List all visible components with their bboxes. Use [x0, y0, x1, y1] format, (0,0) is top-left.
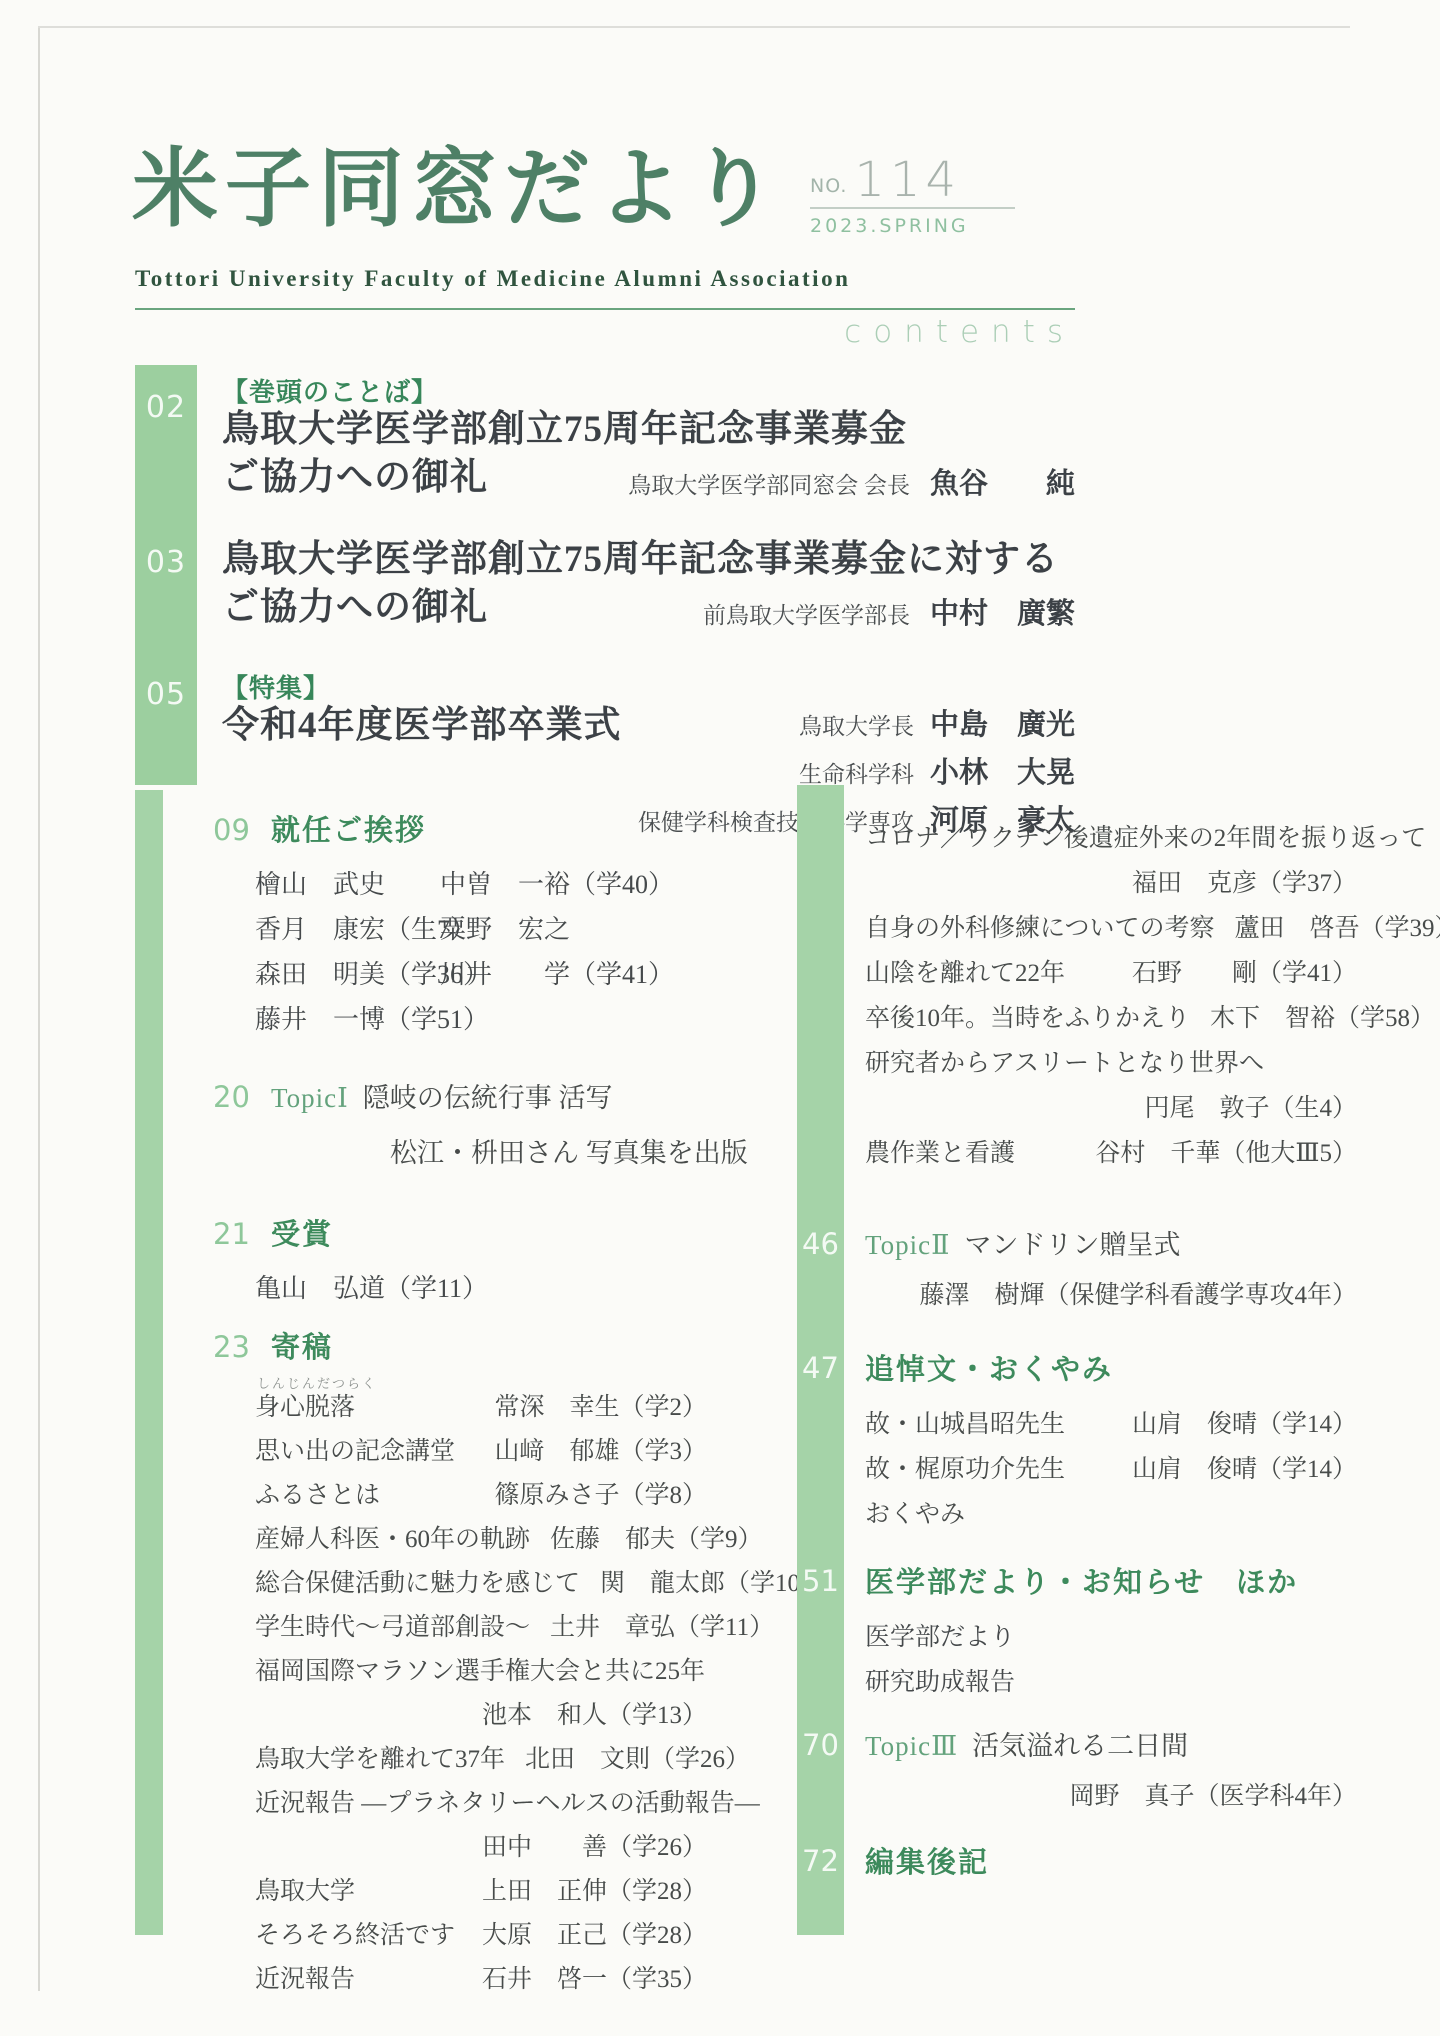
toc-entry: 近況報告 ―プラネタリーヘルスの活動報告― [255, 1779, 707, 1823]
entry-author: 篠原みさ子（学8） [494, 1475, 707, 1511]
entry-title: 卒後10年。当時をふりかえり [865, 998, 1190, 1034]
issue-season: 2023.SPRING [810, 215, 1015, 237]
entry-title: そろそろ終活です [255, 1915, 455, 1951]
entry-author: 蘆田 啓吾（学39） [1235, 908, 1440, 944]
topic-label: TopicⅠ [271, 1083, 349, 1114]
section-heading: 追悼文・おくやみ [865, 1347, 1113, 1388]
toc-entry: コロナ／ワクチン後遺症外来の2年間を振り返って [865, 813, 1357, 858]
entry-title: 産婦人科医・60年の軌跡 [255, 1519, 530, 1555]
page-number-03: 03 [135, 545, 197, 580]
toc-right-column: コロナ／ワクチン後遺症外来の2年間を振り返って 福田 克彦（学37） 自身の外科… [797, 785, 1357, 1892]
entry-author: 岡野 真子（医学科4年） [1069, 1776, 1357, 1812]
section-heading: 医学部だより・お知らせ ほか [865, 1560, 1298, 1601]
issue-number: 114 [854, 156, 961, 204]
page-number-05: 05 [135, 677, 197, 712]
entry-title: ふるさとは [255, 1475, 380, 1511]
section-heading: 就任ご挨拶 [271, 808, 426, 849]
entry-title: 鳥取大学を離れて37年 [255, 1739, 505, 1775]
entry-title: 自身の外科修練についての考察 [865, 908, 1215, 944]
toc-section-contributions: 23 寄稿 しんじんだつらく 身心脱落 常深 幸生（学2） 思い出の記念講堂 山… [135, 1325, 707, 1999]
entry-title-line1: 鳥取大学医学部創立75周年記念事業募金に対する [222, 536, 1075, 584]
toc-entry: 鳥取大学 上田 正伸（学28） [255, 1867, 707, 1911]
author-name: 中島 廣光 [930, 702, 1075, 743]
entry-title-line1: 鳥取大学医学部創立75周年記念事業募金 [222, 406, 1075, 454]
entry-author: 福田 克彦（学37） [1132, 863, 1357, 899]
author-line: 鳥取大学長 中島 廣光 [638, 702, 1075, 750]
toc-entry: 自身の外科修練についての考察 蘆田 啓吾（学39） [865, 903, 1357, 948]
toc-entry-author-line: 田中 善（学26） [255, 1823, 707, 1867]
category-label: 【巻頭のことば】 [222, 372, 1075, 406]
toc-entry: 福岡国際マラソン選手権大会と共に25年 [255, 1647, 707, 1691]
person-name: 粟野 宏之 [440, 905, 707, 950]
entry-author: 鳥取大学医学部同窓会 会長 魚谷 純 [628, 461, 1075, 502]
toc-entry: 近況報告 石井 啓一（学35） [255, 1955, 707, 1999]
toc-section-news: 51 医学部だより・お知らせ ほか 医学部だより 研究助成報告 [865, 1560, 1357, 1702]
topic-title: マンドリン贈呈式 [964, 1223, 1180, 1262]
toc-entry-author-line: 岡野 真子（医学科4年） [865, 1772, 1357, 1816]
toc-entry: 学生時代～弓道部創設～ 土井 章弘（学11） [255, 1603, 707, 1647]
entry-title: しんじんだつらく 身心脱落 [255, 1387, 355, 1423]
issue-number-row: NO. 114 [810, 156, 1015, 209]
masthead-rule [135, 308, 1075, 310]
author-role: 前鳥取大学医学部長 [703, 603, 910, 628]
page-number-51: 51 [797, 1564, 844, 1598]
page-number-70: 70 [797, 1728, 844, 1762]
issue-block: NO. 114 2023.SPRING [810, 156, 1015, 237]
subtitle-en: Tottori University Faculty of Medicine A… [135, 266, 850, 292]
entry-author: 木下 智裕（学58） [1210, 998, 1435, 1034]
entry-author: 前鳥取大学医学部長 中村 廣繁 [703, 591, 1075, 632]
page-number-20: 20 [213, 1080, 271, 1114]
section-heading: 寄稿 [271, 1325, 333, 1366]
page-number-46: 46 [797, 1227, 844, 1261]
entry-author: 大原 正己（学28） [482, 1915, 707, 1951]
entry-title: 故・山城昌昭先生 [865, 1404, 1065, 1440]
section-heading: 編集後記 [865, 1840, 989, 1881]
author-role: 鳥取大学長 [799, 708, 914, 741]
entry-furigana: しんじんだつらく [257, 1373, 377, 1392]
person-name: 川井 学（学41） [440, 950, 707, 995]
toc-entry: 研究者からアスリートとなり世界へ [865, 1038, 1357, 1083]
toc-section-postscript: 72 編集後記 [865, 1840, 1357, 1892]
topic-title: 活気溢れる二日間 [972, 1724, 1188, 1763]
person-name: 森田 明美（学36） [255, 950, 440, 995]
contribution-entry-list: しんじんだつらく 身心脱落 常深 幸生（学2） 思い出の記念講堂 山﨑 郁雄（学… [135, 1383, 707, 1999]
entry-author: 石井 啓一（学35） [482, 1959, 707, 1995]
toc-entry: 農作業と看護 谷村 千華（他大Ⅲ5） [865, 1128, 1357, 1173]
toc-section-award: 21 受賞 亀山 弘道（学11） [135, 1212, 707, 1309]
toc-entry-author-line: 藤澤 樹輝（保健学科看護学専攻4年） [865, 1271, 1357, 1315]
entry-title: 令和4年度医学部卒業式 [222, 702, 622, 750]
entry-title: おくやみ [865, 1494, 965, 1530]
toc-entry: 鳥取大学を離れて37年 北田 文則（学26） [255, 1735, 707, 1779]
entry-title: 学生時代～弓道部創設～ [255, 1607, 530, 1643]
topic-label: TopicⅡ [865, 1230, 950, 1261]
entry-author: 山肩 俊晴（学14） [1132, 1404, 1357, 1440]
entry-author: 北田 文則（学26） [525, 1739, 750, 1775]
toc-entry: ふるさとは 篠原みさ子（学8） [255, 1471, 707, 1515]
toc-entry: そろそろ終活です 大原 正己（学28） [255, 1911, 707, 1955]
toc-entry-author-line: 円尾 敦子（生4） [865, 1083, 1357, 1128]
scan-edge-left [38, 26, 40, 1991]
entry-title: 故・梶原功介先生 [865, 1449, 1065, 1485]
entry-author: 藤澤 樹輝（保健学科看護学専攻4年） [919, 1275, 1357, 1311]
entry-title: 鳥取大学 [255, 1871, 355, 1907]
person-name: 香月 康宏（生7） [255, 905, 440, 950]
entry-author: 常深 幸生（学2） [494, 1387, 707, 1423]
page-number-47: 47 [797, 1351, 844, 1385]
news-item: 医学部だより [865, 1612, 1357, 1657]
entry-title: 近況報告 ―プラネタリーヘルスの活動報告― [255, 1783, 760, 1819]
category-label: 【特集】 [222, 668, 1075, 702]
page-number-09: 09 [213, 813, 271, 847]
entry-author: 石野 剛（学41） [1132, 953, 1357, 989]
toc-section-obituary: 47 追悼文・おくやみ 故・山城昌昭先生 山肩 俊晴（学14） 故・梶原功介先生… [865, 1347, 1357, 1534]
author-name: 魚谷 純 [930, 468, 1075, 500]
contents-label: contents [700, 314, 1075, 350]
toc-entry: 思い出の記念講堂 山﨑 郁雄（学3） [255, 1427, 707, 1471]
section-heading: 受賞 [271, 1212, 333, 1253]
toc-entry: 産婦人科医・60年の軌跡 佐藤 郁夫（学9） [255, 1515, 707, 1559]
entry-title: 思い出の記念講堂 [255, 1431, 455, 1467]
featured-entries: 【巻頭のことば】 鳥取大学医学部創立75周年記念事業募金 ご協力への御礼 鳥取大… [222, 372, 1075, 846]
toc-entry-donation-thanks: 鳥取大学医学部創立75周年記念事業募金に対する ご協力への御礼 前鳥取大学医学部… [222, 536, 1075, 632]
scan-edge-top [38, 26, 1350, 28]
toc-page: 米子同窓だより NO. 114 2023.SPRING Tottori Univ… [0, 0, 1440, 2036]
page-number-72: 72 [797, 1844, 844, 1878]
entry-author: 円尾 敦子（生4） [1144, 1088, 1357, 1124]
page-number-23: 23 [213, 1330, 271, 1364]
toc-entry: 山陰を離れて22年 石野 剛（学41） [865, 948, 1357, 993]
entry-title-text: 身心脱落 [255, 1394, 355, 1421]
entry-author: 佐藤 郁夫（学9） [550, 1519, 763, 1555]
entry-author: 山﨑 郁雄（学3） [494, 1431, 707, 1467]
topic-title-line2: 松江・枡田さん 写真集を出版 [135, 1128, 707, 1172]
toc-entry-opening-words: 【巻頭のことば】 鳥取大学医学部創立75周年記念事業募金 ご協力への御礼 鳥取大… [222, 372, 1075, 502]
toc-section-greetings: 09 就任ご挨拶 檜山 武史 中曽 一裕（学40） 香月 康宏（生7） 粟野 宏… [135, 808, 707, 1040]
greeting-name-list: 檜山 武史 中曽 一裕（学40） 香月 康宏（生7） 粟野 宏之 森田 明美（学… [135, 860, 707, 1040]
entry-author: 谷村 千華（他大Ⅲ5） [1095, 1133, 1357, 1169]
entry-author: 池本 和人（学13） [482, 1695, 707, 1731]
toc-entry: 総合保健活動に魅力を感じて 関 龍太郎（学10） [255, 1559, 707, 1603]
entry-title: 福岡国際マラソン選手権大会と共に25年 [255, 1651, 705, 1687]
person-name: 檜山 武史 [255, 860, 440, 905]
entry-title: 研究者からアスリートとなり世界へ [865, 1043, 1264, 1079]
magazine-title: 米子同窓だより [132, 142, 783, 237]
toc-entry-author-line: 福田 克彦（学37） [865, 858, 1357, 903]
page-number-21: 21 [213, 1217, 271, 1251]
toc-section-topic1: 20 TopicⅠ 隠岐の伝統行事 活写 松江・枡田さん 写真集を出版 [135, 1076, 707, 1172]
entry-title-line2: ご協力への御礼 [222, 584, 488, 632]
toc-entry-author-line: 池本 和人（学13） [255, 1691, 707, 1735]
person-name [440, 995, 707, 1040]
person-name: 亀山 弘道（学11） [255, 1264, 440, 1309]
toc-entry: おくやみ [865, 1489, 1357, 1534]
entry-author: 田中 善（学26） [482, 1827, 707, 1863]
entry-title-line2: ご協力への御礼 [222, 454, 488, 502]
toc-entry: 卒後10年。当時をふりかえり 木下 智裕（学58） [865, 993, 1357, 1038]
toc-section-contributions-continued: コロナ／ワクチン後遺症外来の2年間を振り返って 福田 克彦（学37） 自身の外科… [865, 813, 1357, 1173]
issue-no-label: NO. [810, 175, 847, 204]
toc-entry: 故・山城昌昭先生 山肩 俊晴（学14） [865, 1399, 1357, 1444]
page-number-02: 02 [135, 390, 197, 425]
entry-title: 総合保健活動に魅力を感じて [255, 1563, 580, 1599]
entry-title: 山陰を離れて22年 [865, 953, 1065, 989]
entry-title: コロナ／ワクチン後遺症外来の2年間を振り返って [865, 818, 1426, 854]
left-accent-strip [135, 790, 163, 1935]
news-item: 研究助成報告 [865, 1657, 1357, 1702]
toc-section-topic3: 70 TopicⅢ 活気溢れる二日間 岡野 真子（医学科4年） [865, 1724, 1357, 1816]
entry-title: 近況報告 [255, 1959, 355, 1995]
topic-title-line1: 隠岐の伝統行事 活写 [363, 1076, 613, 1115]
author-role: 鳥取大学医学部同窓会 会長 [628, 473, 910, 498]
author-name: 中村 廣繁 [930, 598, 1075, 630]
toc-section-topic2: 46 TopicⅡ マンドリン贈呈式 藤澤 樹輝（保健学科看護学専攻4年） [865, 1223, 1357, 1315]
toc-left-column: 09 就任ご挨拶 檜山 武史 中曽 一裕（学40） 香月 康宏（生7） 粟野 宏… [135, 790, 707, 1999]
featured-page-strip: 02 03 05 [135, 365, 197, 785]
entry-title: 農作業と看護 [865, 1133, 1015, 1169]
toc-entry: しんじんだつらく 身心脱落 常深 幸生（学2） [255, 1383, 707, 1427]
toc-entry: 故・梶原功介先生 山肩 俊晴（学14） [865, 1444, 1357, 1489]
topic-label: TopicⅢ [865, 1731, 958, 1762]
entry-author: 関 龍太郎（学10） [600, 1563, 825, 1599]
entry-author: 山肩 俊晴（学14） [1132, 1449, 1357, 1485]
entry-author: 上田 正伸（学28） [482, 1871, 707, 1907]
person-name: 中曽 一裕（学40） [440, 860, 707, 905]
entry-author: 土井 章弘（学11） [550, 1607, 774, 1643]
person-name: 藤井 一博（学51） [255, 995, 440, 1040]
